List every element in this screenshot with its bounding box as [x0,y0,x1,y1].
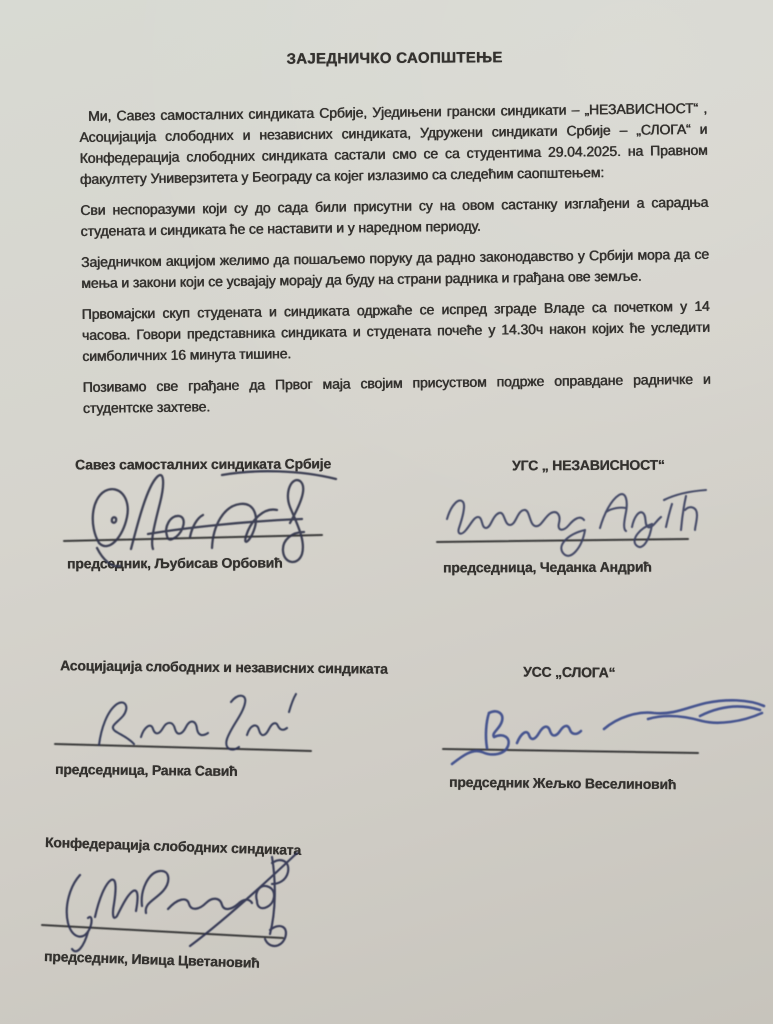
org-uss-sloga: УСС „СЛОГА“ [523,664,615,681]
signer-name-andric: председница, Чеданка Андрић [443,559,652,576]
signature-ink-cvetanovic [67,853,297,951]
signer-name-savic: председница, Ранка Савић [55,761,238,779]
signature-line-savic [55,744,311,751]
signature-line-cvetanovic [42,925,283,938]
signer-name-cvetanovic: председник, Ивица Цветановић [44,948,260,971]
document-page: ЗАЈЕДНИЧКО САОПШТЕЊЕ Ми, Савез самосталн… [0,0,773,1024]
signature-line-orbovic [64,535,322,541]
paragraph-labor-law: Заједничком акцијом желимо да пошаљемо п… [81,244,709,294]
document-title: ЗАЈЕДНИЧКО САОПШТЕЊЕ [0,47,773,69]
org-sss-srbije: Савез самосталних синдиката Србије [75,455,331,472]
signature-line-veselinovic [443,749,698,753]
signer-name-veselinovic: председник Жељко Веселиновић [449,774,676,792]
paragraph-intro: Ми, Савез самосталних синдиката Србије, … [79,98,708,190]
signature-ink-savic [99,694,296,750]
document-body: Ми, Савез самосталних синдиката Србије, … [79,98,711,429]
signature-ink-orbovic [93,471,336,566]
signer-name-orbovic: председник, Љубисав Орбовић [67,555,282,572]
paragraph-agreement: Сви неспоразуми који су до сада били при… [80,192,708,242]
signature-ink-veselinovic [452,700,764,764]
signature-ink-andric [447,490,706,556]
paragraph-mayday-rally: Првомајски скуп студената и синдиката од… [82,296,711,367]
org-asns: Асоцијација слободних и независних синди… [60,657,388,676]
paragraph-call-to-citizens: Позивамо све грађане да Првог маја своји… [83,369,711,419]
org-kss: Конфедерација слободних синдиката [45,834,301,858]
signature-line-andric [437,539,688,542]
org-ugs-nezavisnost: УГС „ НЕЗАВИСНОСТ“ [512,457,665,474]
